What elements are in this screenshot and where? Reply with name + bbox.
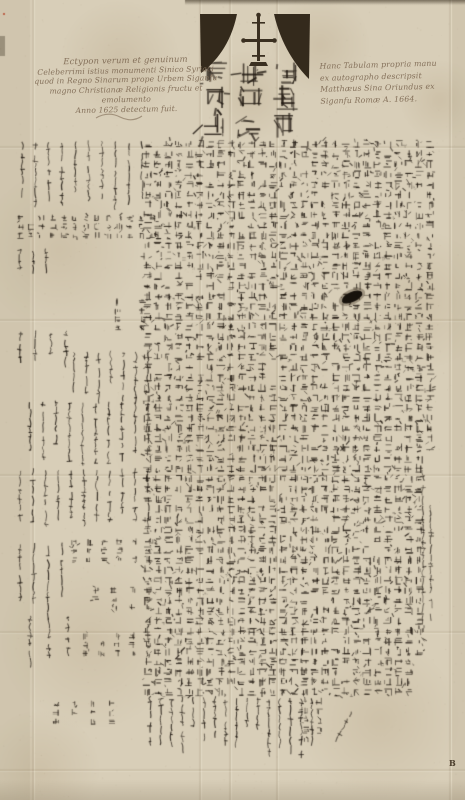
- stele-manuscript-page: 大秦景教流行中國碑 Ectypon verum et genuinum Cele…: [0, 0, 465, 800]
- engraving-canvas: [0, 0, 465, 800]
- latin-inscription-left: Ectypon verum et genuinum Celeberrimi is…: [29, 54, 222, 116]
- latin-inscription-right: Hanc Tabulam propria manu ex autographo …: [319, 57, 456, 107]
- page-mark-b: B: [449, 758, 456, 768]
